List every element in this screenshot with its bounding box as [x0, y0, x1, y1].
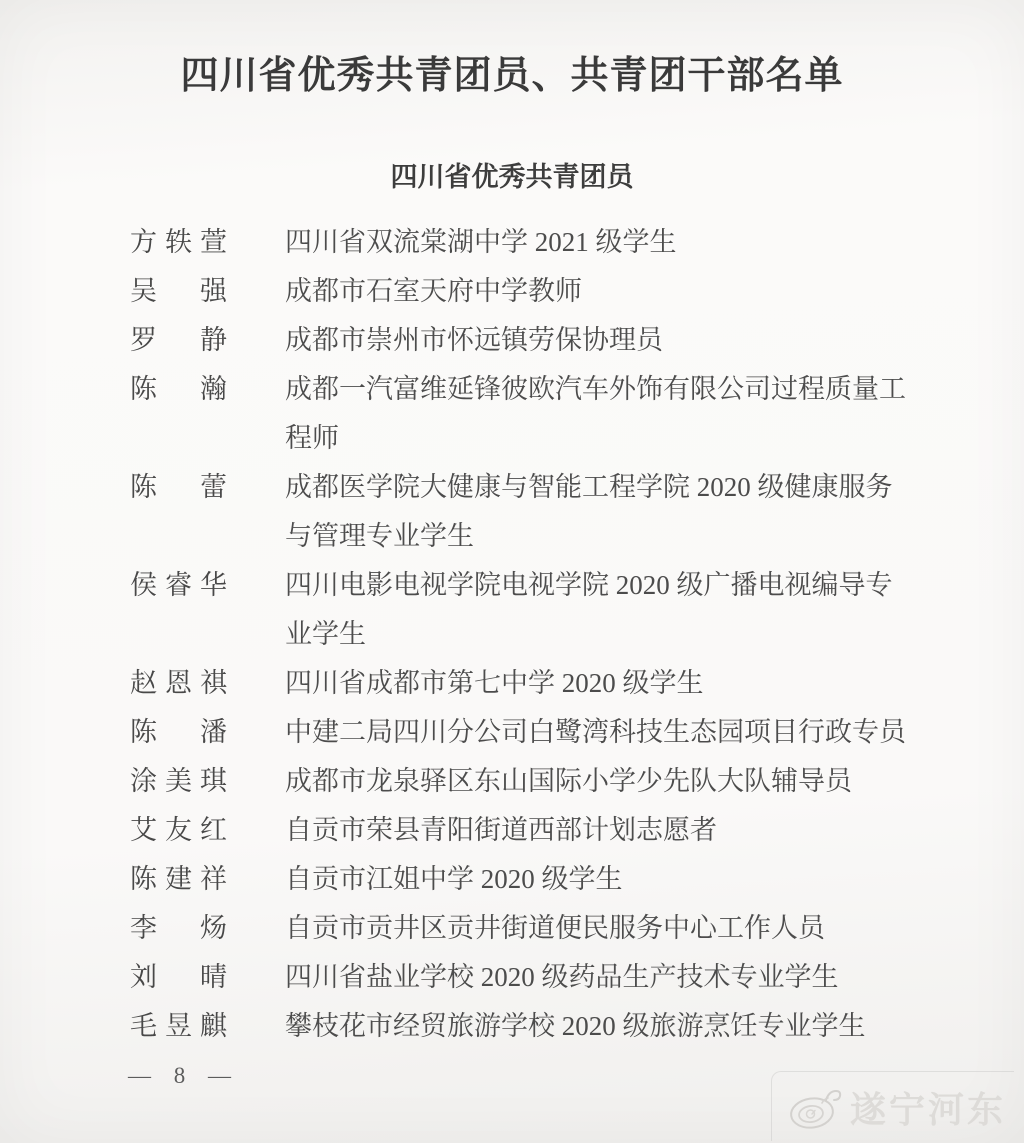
- member-row: 赵恩祺四川省成都市第七中学 2020 级学生: [130, 659, 1024, 708]
- member-row: 方轶萱四川省双流棠湖中学 2021 级学生: [130, 218, 1024, 267]
- member-row: 陈蕾成都医学院大健康与智能工程学院 2020 级健康服务与管理专业学生: [130, 463, 1024, 561]
- member-row: 罗静成都市崇州市怀远镇劳保协理员: [130, 316, 1024, 365]
- member-name: 陈建祥: [130, 855, 227, 904]
- member-affiliation: 成都一汽富维延锋彼欧汽车外饰有限公司过程质量工程师: [285, 365, 913, 463]
- member-list: 方轶萱四川省双流棠湖中学 2021 级学生吴强成都市石室天府中学教师罗静成都市崇…: [130, 218, 1024, 1051]
- member-row: 陈建祥自贡市江姐中学 2020 级学生: [130, 855, 1024, 904]
- member-name: 艾友红: [130, 806, 227, 855]
- member-row: 艾友红自贡市荣县青阳街道西部计划志愿者: [130, 806, 1024, 855]
- member-name: 涂美琪: [130, 757, 227, 806]
- member-name: 陈潘: [130, 708, 227, 757]
- member-name: 陈瀚: [130, 365, 227, 414]
- page-number: — 8 —: [128, 1063, 231, 1089]
- member-row: 吴强成都市石室天府中学教师: [130, 267, 1024, 316]
- member-name: 毛昱麒: [130, 1002, 227, 1051]
- watermark-text: 遂宁河东: [850, 1082, 1006, 1133]
- member-affiliation: 自贡市贡井区贡井街道便民服务中心工作人员: [285, 904, 913, 953]
- watermark: 遂宁河东: [771, 1071, 1014, 1141]
- member-row: 陈潘中建二局四川分公司白鹭湾科技生态园项目行政专员: [130, 708, 1024, 757]
- member-affiliation: 四川省双流棠湖中学 2021 级学生: [285, 218, 913, 267]
- member-row: 侯睿华四川电影电视学院电视学院 2020 级广播电视编导专业学生: [130, 561, 1024, 659]
- member-affiliation: 成都医学院大健康与智能工程学院 2020 级健康服务与管理专业学生: [285, 463, 913, 561]
- member-name: 李炀: [130, 904, 227, 953]
- member-row: 涂美琪成都市龙泉驿区东山国际小学少先队大队辅导员: [130, 757, 1024, 806]
- page-title: 四川省优秀共青团员、共青团干部名单: [0, 0, 1024, 99]
- member-name: 赵恩祺: [130, 659, 227, 708]
- member-affiliation: 成都市龙泉驿区东山国际小学少先队大队辅导员: [285, 757, 913, 806]
- member-affiliation: 自贡市江姐中学 2020 级学生: [285, 855, 913, 904]
- snail-spiral-logo-icon: [786, 1083, 844, 1133]
- member-name: 罗静: [130, 316, 227, 365]
- member-affiliation: 成都市石室天府中学教师: [285, 267, 913, 316]
- document-page: 四川省优秀共青团员、共青团干部名单 四川省优秀共青团员 方轶萱四川省双流棠湖中学…: [0, 0, 1024, 1143]
- member-affiliation: 攀枝花市经贸旅游学校 2020 级旅游烹饪专业学生: [285, 1002, 913, 1051]
- member-row: 陈瀚成都一汽富维延锋彼欧汽车外饰有限公司过程质量工程师: [130, 365, 1024, 463]
- member-affiliation: 中建二局四川分公司白鹭湾科技生态园项目行政专员: [285, 708, 913, 757]
- member-name: 刘晴: [130, 953, 227, 1002]
- member-name: 侯睿华: [130, 561, 227, 610]
- section-heading: 四川省优秀共青团员: [0, 155, 1024, 194]
- member-affiliation: 四川省成都市第七中学 2020 级学生: [285, 659, 913, 708]
- member-affiliation: 成都市崇州市怀远镇劳保协理员: [285, 316, 913, 365]
- member-affiliation: 四川省盐业学校 2020 级药品生产技术专业学生: [285, 953, 913, 1002]
- member-name: 方轶萱: [130, 218, 227, 267]
- member-row: 毛昱麒攀枝花市经贸旅游学校 2020 级旅游烹饪专业学生: [130, 1002, 1024, 1051]
- member-name: 吴强: [130, 267, 227, 316]
- member-affiliation: 四川电影电视学院电视学院 2020 级广播电视编导专业学生: [285, 561, 913, 659]
- member-affiliation: 自贡市荣县青阳街道西部计划志愿者: [285, 806, 913, 855]
- member-row: 李炀自贡市贡井区贡井街道便民服务中心工作人员: [130, 904, 1024, 953]
- member-name: 陈蕾: [130, 463, 227, 512]
- member-row: 刘晴四川省盐业学校 2020 级药品生产技术专业学生: [130, 953, 1024, 1002]
